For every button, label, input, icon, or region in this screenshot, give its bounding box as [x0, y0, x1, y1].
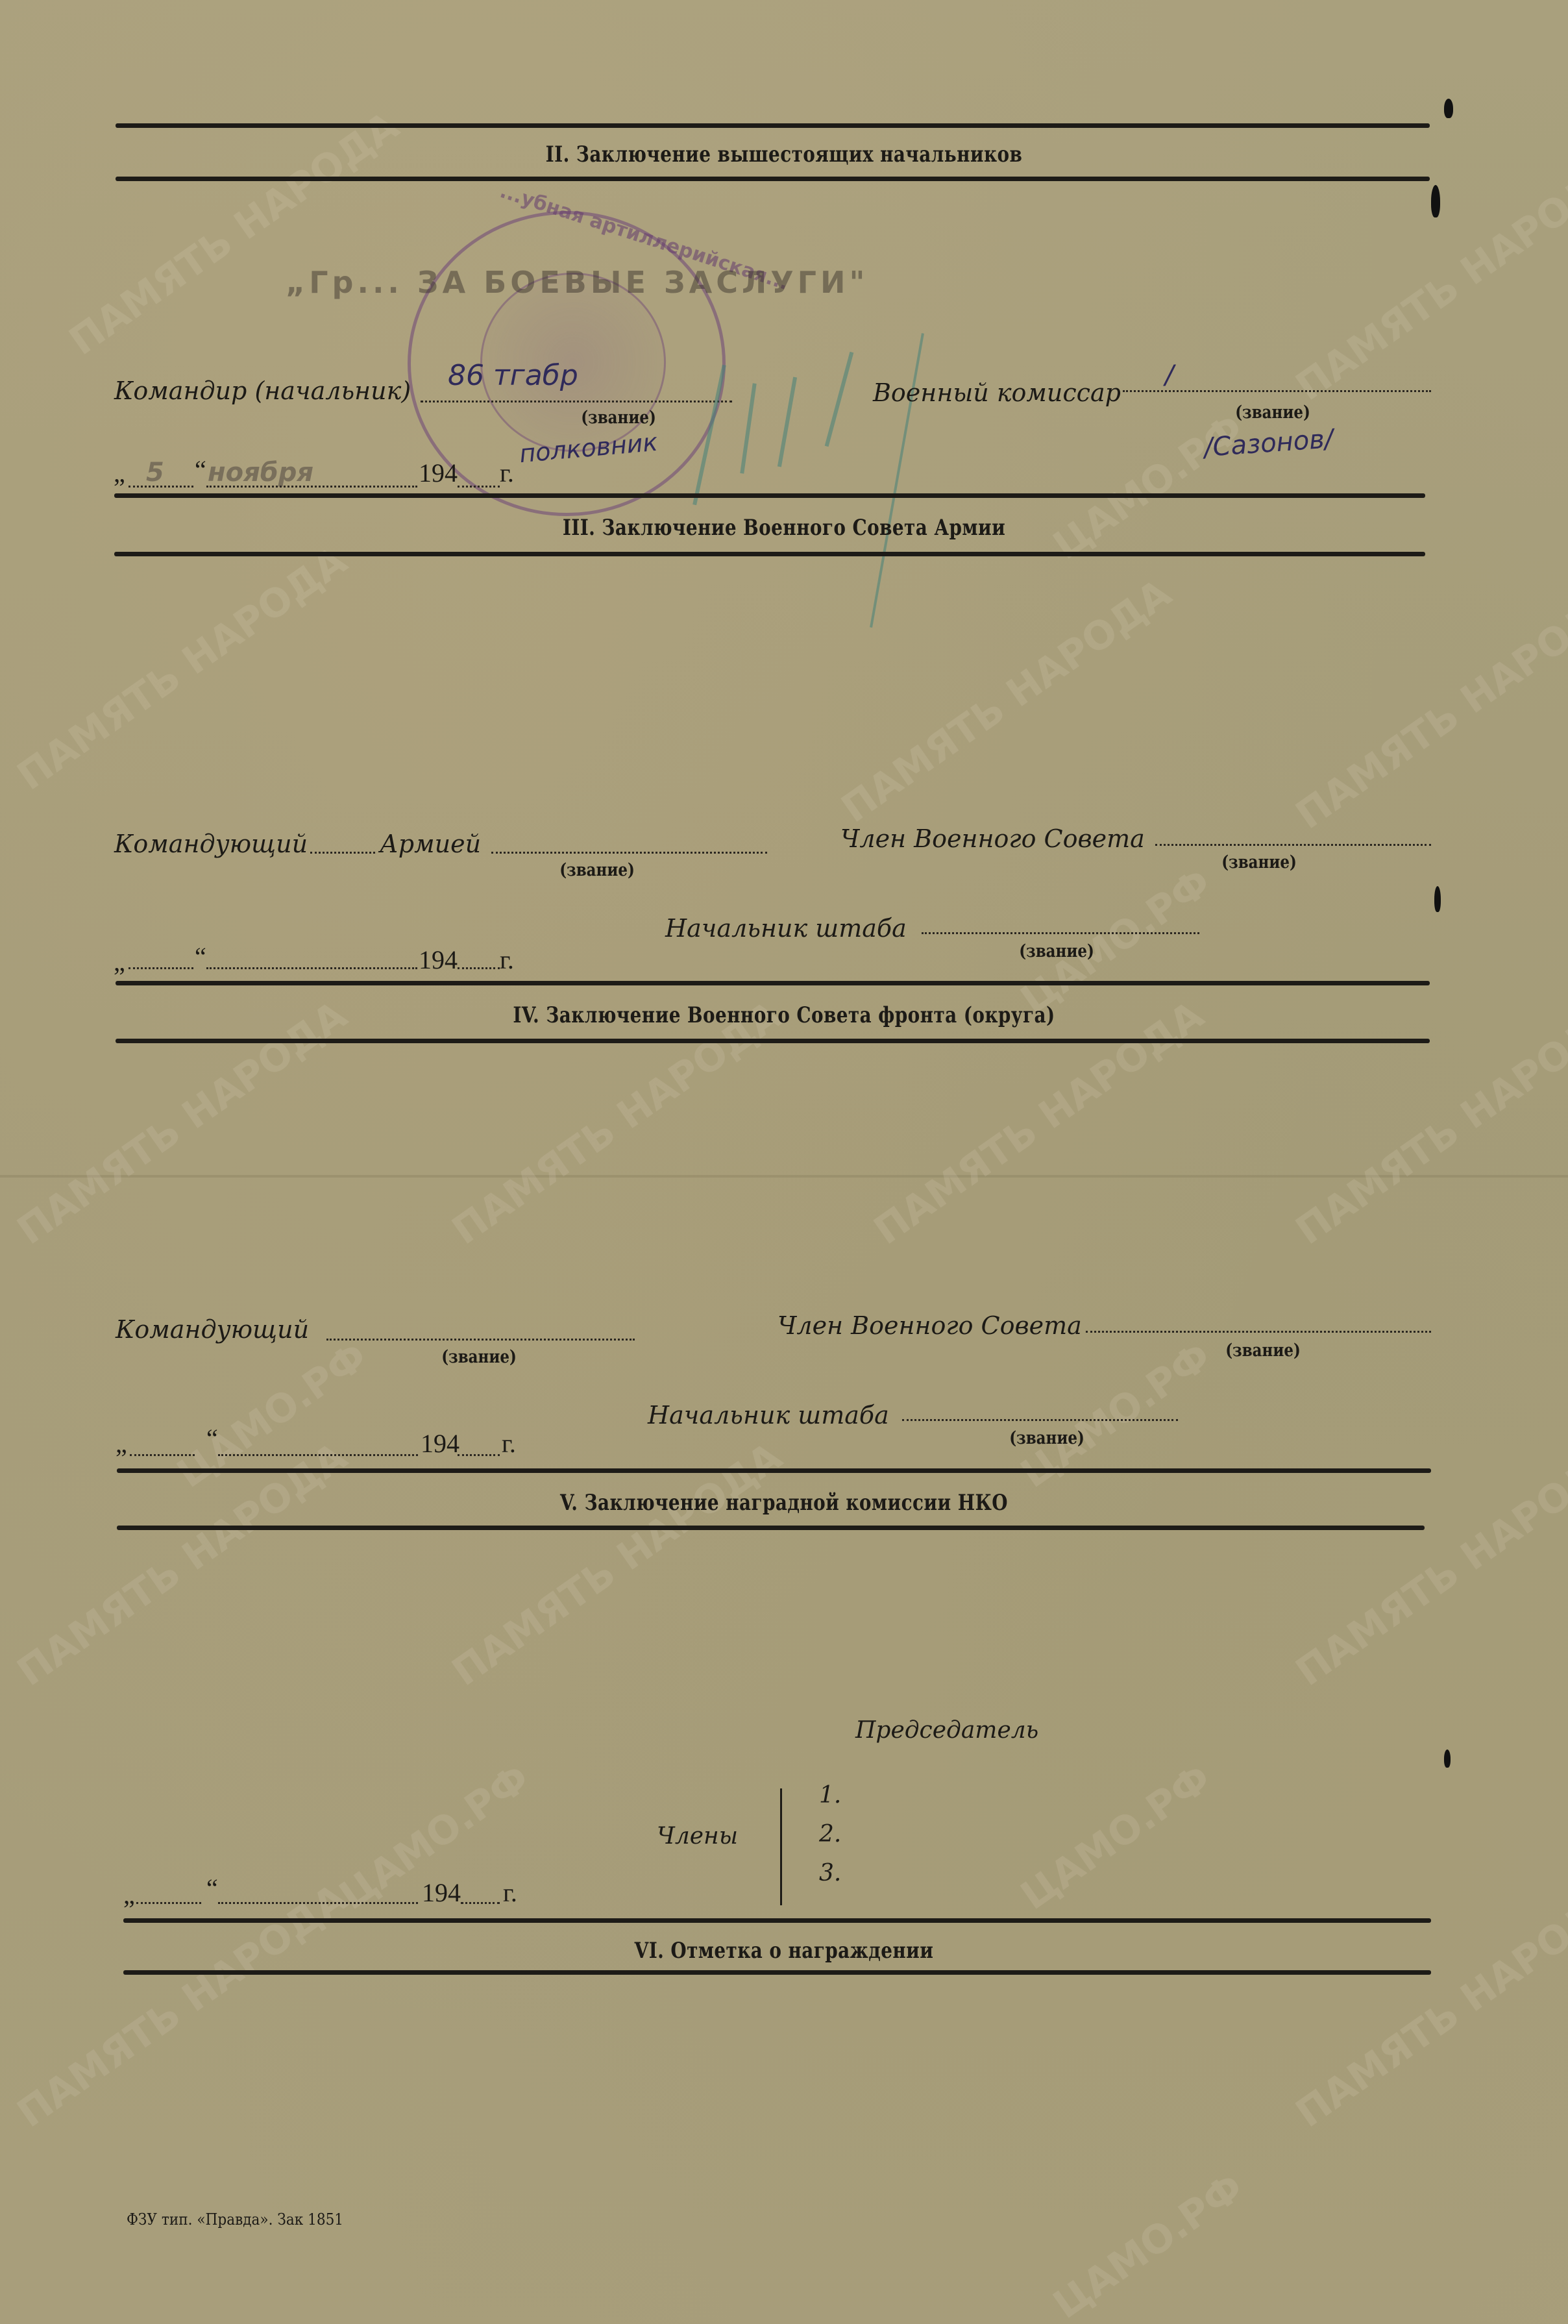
section-4-title: IV. Заключение Военного Совета фронта (о…: [141, 1002, 1427, 1028]
army-date-month-line: [206, 967, 417, 969]
date-year-prefix: 194: [419, 458, 458, 488]
date-year-line: [458, 486, 500, 488]
front-council-line: [1086, 1331, 1431, 1333]
army-commander-line: [310, 852, 375, 854]
front-date-year-line: [458, 1454, 500, 1456]
member-3: 3.: [819, 1860, 841, 1886]
front-commander-label: Командующий: [116, 1315, 309, 1344]
army-council-label: Член Военного Совета: [840, 824, 1145, 853]
section-rule: [117, 1526, 1425, 1530]
member-2: 2.: [819, 1821, 841, 1848]
section-rule: [114, 552, 1425, 556]
front-date-year-prefix: 194: [421, 1428, 459, 1459]
commander-label: Командир (начальник): [114, 377, 411, 405]
army-chief-rank-hint: (звание): [1019, 941, 1094, 961]
section-rule: [123, 1970, 1431, 1975]
commissar-field-line: [1123, 390, 1431, 392]
front-council-label: Член Военного Совета: [778, 1311, 1082, 1340]
section-5-title: V. Заключение наградной комиссии НКО: [141, 1490, 1427, 1516]
section-rule: [116, 177, 1430, 181]
section-3-title: III. Заключение Военного Совета Армии: [141, 515, 1427, 541]
commander-value[interactable]: 86 тгабр: [448, 359, 578, 392]
section-6-title: VI. Отметка о награждении: [141, 1938, 1427, 1964]
nko-date-day-line: [136, 1902, 201, 1904]
army-date-year-line: [458, 967, 500, 969]
nko-date-year-prefix: 194: [422, 1877, 461, 1908]
punch-hole: [1444, 1749, 1451, 1768]
section-rule: [117, 1468, 1431, 1473]
nko-date-year-line: [461, 1902, 500, 1904]
front-date-month-line: [218, 1454, 418, 1456]
commissar-rank-hint: (звание): [1235, 402, 1310, 423]
front-commander-line: [326, 1339, 635, 1341]
member-1: 1.: [819, 1782, 841, 1809]
chairman-label: Председатель: [855, 1717, 1038, 1744]
army-date-day-line: [129, 967, 193, 969]
front-date-open-quote: „: [116, 1428, 127, 1459]
army-commander-label: Командующий: [114, 830, 308, 858]
paper-fold: [0, 1175, 1568, 1178]
section-rule: [116, 123, 1430, 128]
commissar-label: Военный комиссар: [873, 378, 1121, 407]
members-bracket: [780, 1788, 782, 1905]
punch-hole: [1444, 99, 1453, 118]
army-date-open-quote: „: [114, 946, 125, 977]
front-date-close-quote: “: [206, 1423, 218, 1453]
section-rule: [114, 493, 1425, 498]
commander-field-line: [421, 401, 732, 402]
army-council-line: [1155, 844, 1431, 846]
army-commander-rank-hint: (звание): [559, 860, 635, 880]
front-chief-line: [902, 1419, 1178, 1421]
army-council-rank-hint: (звание): [1221, 852, 1297, 872]
front-council-rank-hint: (звание): [1225, 1341, 1301, 1361]
commander-rank-hint: (звание): [581, 408, 656, 428]
army-date-year-prefix: 194: [419, 945, 458, 975]
army-chief-label: Начальник штаба: [665, 914, 907, 943]
front-chief-label: Начальник штаба: [648, 1401, 889, 1429]
punch-hole: [1431, 185, 1440, 217]
army-date-close-quote: “: [195, 941, 206, 972]
section-rule: [116, 1039, 1430, 1043]
section-rule: [116, 981, 1430, 985]
front-chief-rank-hint: (звание): [1009, 1428, 1084, 1448]
nko-date-year-suffix: г.: [503, 1877, 517, 1908]
date-year-suffix: г.: [500, 458, 514, 488]
army-commander-rank-line: [491, 852, 767, 854]
punch-hole: [1434, 886, 1441, 912]
army-commander-mid: Армией: [380, 830, 481, 858]
army-date-year-suffix: г.: [500, 945, 514, 975]
members-label: Члены: [657, 1823, 738, 1849]
front-commander-rank-hint: (звание): [441, 1347, 517, 1367]
nko-date-close-quote: “: [206, 1873, 218, 1903]
date-open-quote: „: [114, 458, 125, 488]
front-date-day-line: [130, 1454, 195, 1456]
nko-date-open-quote: „: [123, 1879, 135, 1910]
front-date-year-suffix: г.: [502, 1428, 516, 1459]
section-2-title: II. Заключение вышестоящих начальников: [141, 142, 1427, 167]
printer-imprint: ФЗУ тип. «Правда». Зак 1851: [127, 2210, 343, 2229]
commissar-value[interactable]: /: [1165, 360, 1173, 390]
army-chief-line: [922, 932, 1199, 934]
nko-date-month-line: [218, 1902, 418, 1904]
stamp-overprint: „Гр... ЗА БОЕВЫЕ ЗАСЛУГИ": [286, 265, 868, 300]
date-day[interactable]: 5: [146, 458, 164, 488]
date-close-quote: “: [195, 454, 206, 485]
section-rule: [123, 1918, 1431, 1923]
date-month[interactable]: ноября: [208, 458, 313, 488]
